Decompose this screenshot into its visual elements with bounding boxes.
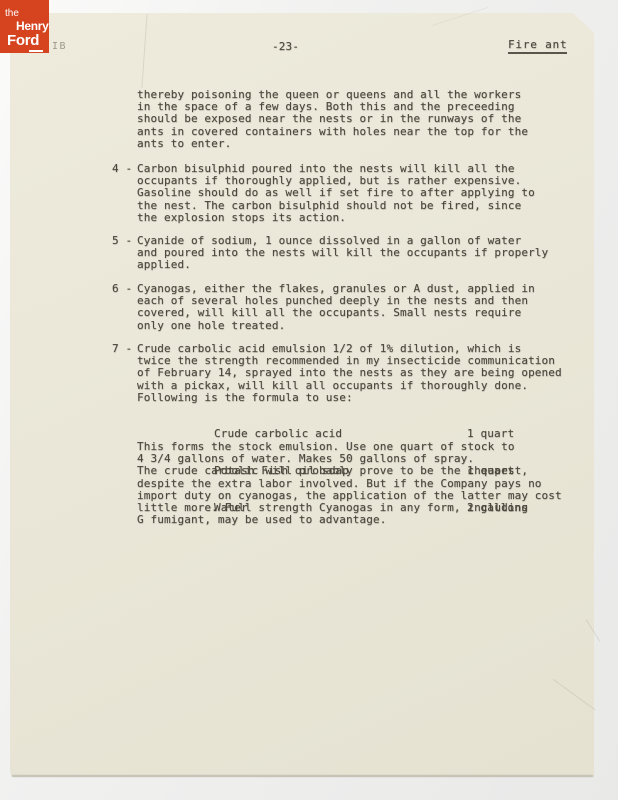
logo-ford-underline — [29, 50, 43, 52]
subject-label: Fire ant — [508, 39, 567, 54]
ingredient-name: Crude carbolic acid — [214, 428, 467, 440]
typed-fragment: IB — [52, 41, 67, 52]
logo-word-henry: Henry — [16, 19, 49, 33]
henry-ford-logo: the Henry Ford — [0, 0, 49, 53]
list-item-6-text: Cyanogas, either the flakes, granules or… — [137, 283, 535, 332]
list-item-4-text: Carbon bisulphid poured into the nests w… — [137, 163, 535, 224]
list-item-7-marker: 7 - — [112, 343, 132, 355]
list-item-7-continued: This forms the stock emulsion. Use one q… — [137, 441, 562, 526]
list-item-5-marker: 5 - — [112, 235, 132, 247]
list-item-6-marker: 6 - — [112, 283, 132, 295]
intro-paragraph: thereby poisoning the queen or queens an… — [137, 89, 528, 150]
scanned-document-page: { "logo": { "word_the": "the", "word_hen… — [0, 0, 618, 800]
logo-word-the: the — [5, 8, 19, 19]
logo-word-ford: Ford — [7, 32, 39, 49]
formula-row: Crude carbolic acid 1 quart — [214, 428, 554, 440]
list-item-7-text: Crude carbolic acid emulsion 1/2 of 1% d… — [137, 343, 562, 404]
paper-bottom-edge — [12, 775, 593, 777]
list-item-5-text: Cyanide of sodium, 1 ounce dissolved in … — [137, 235, 548, 272]
ingredient-quantity: 1 quart — [467, 428, 514, 440]
page-number: -23- — [272, 41, 299, 53]
list-item-4-marker: 4 - — [112, 163, 132, 175]
